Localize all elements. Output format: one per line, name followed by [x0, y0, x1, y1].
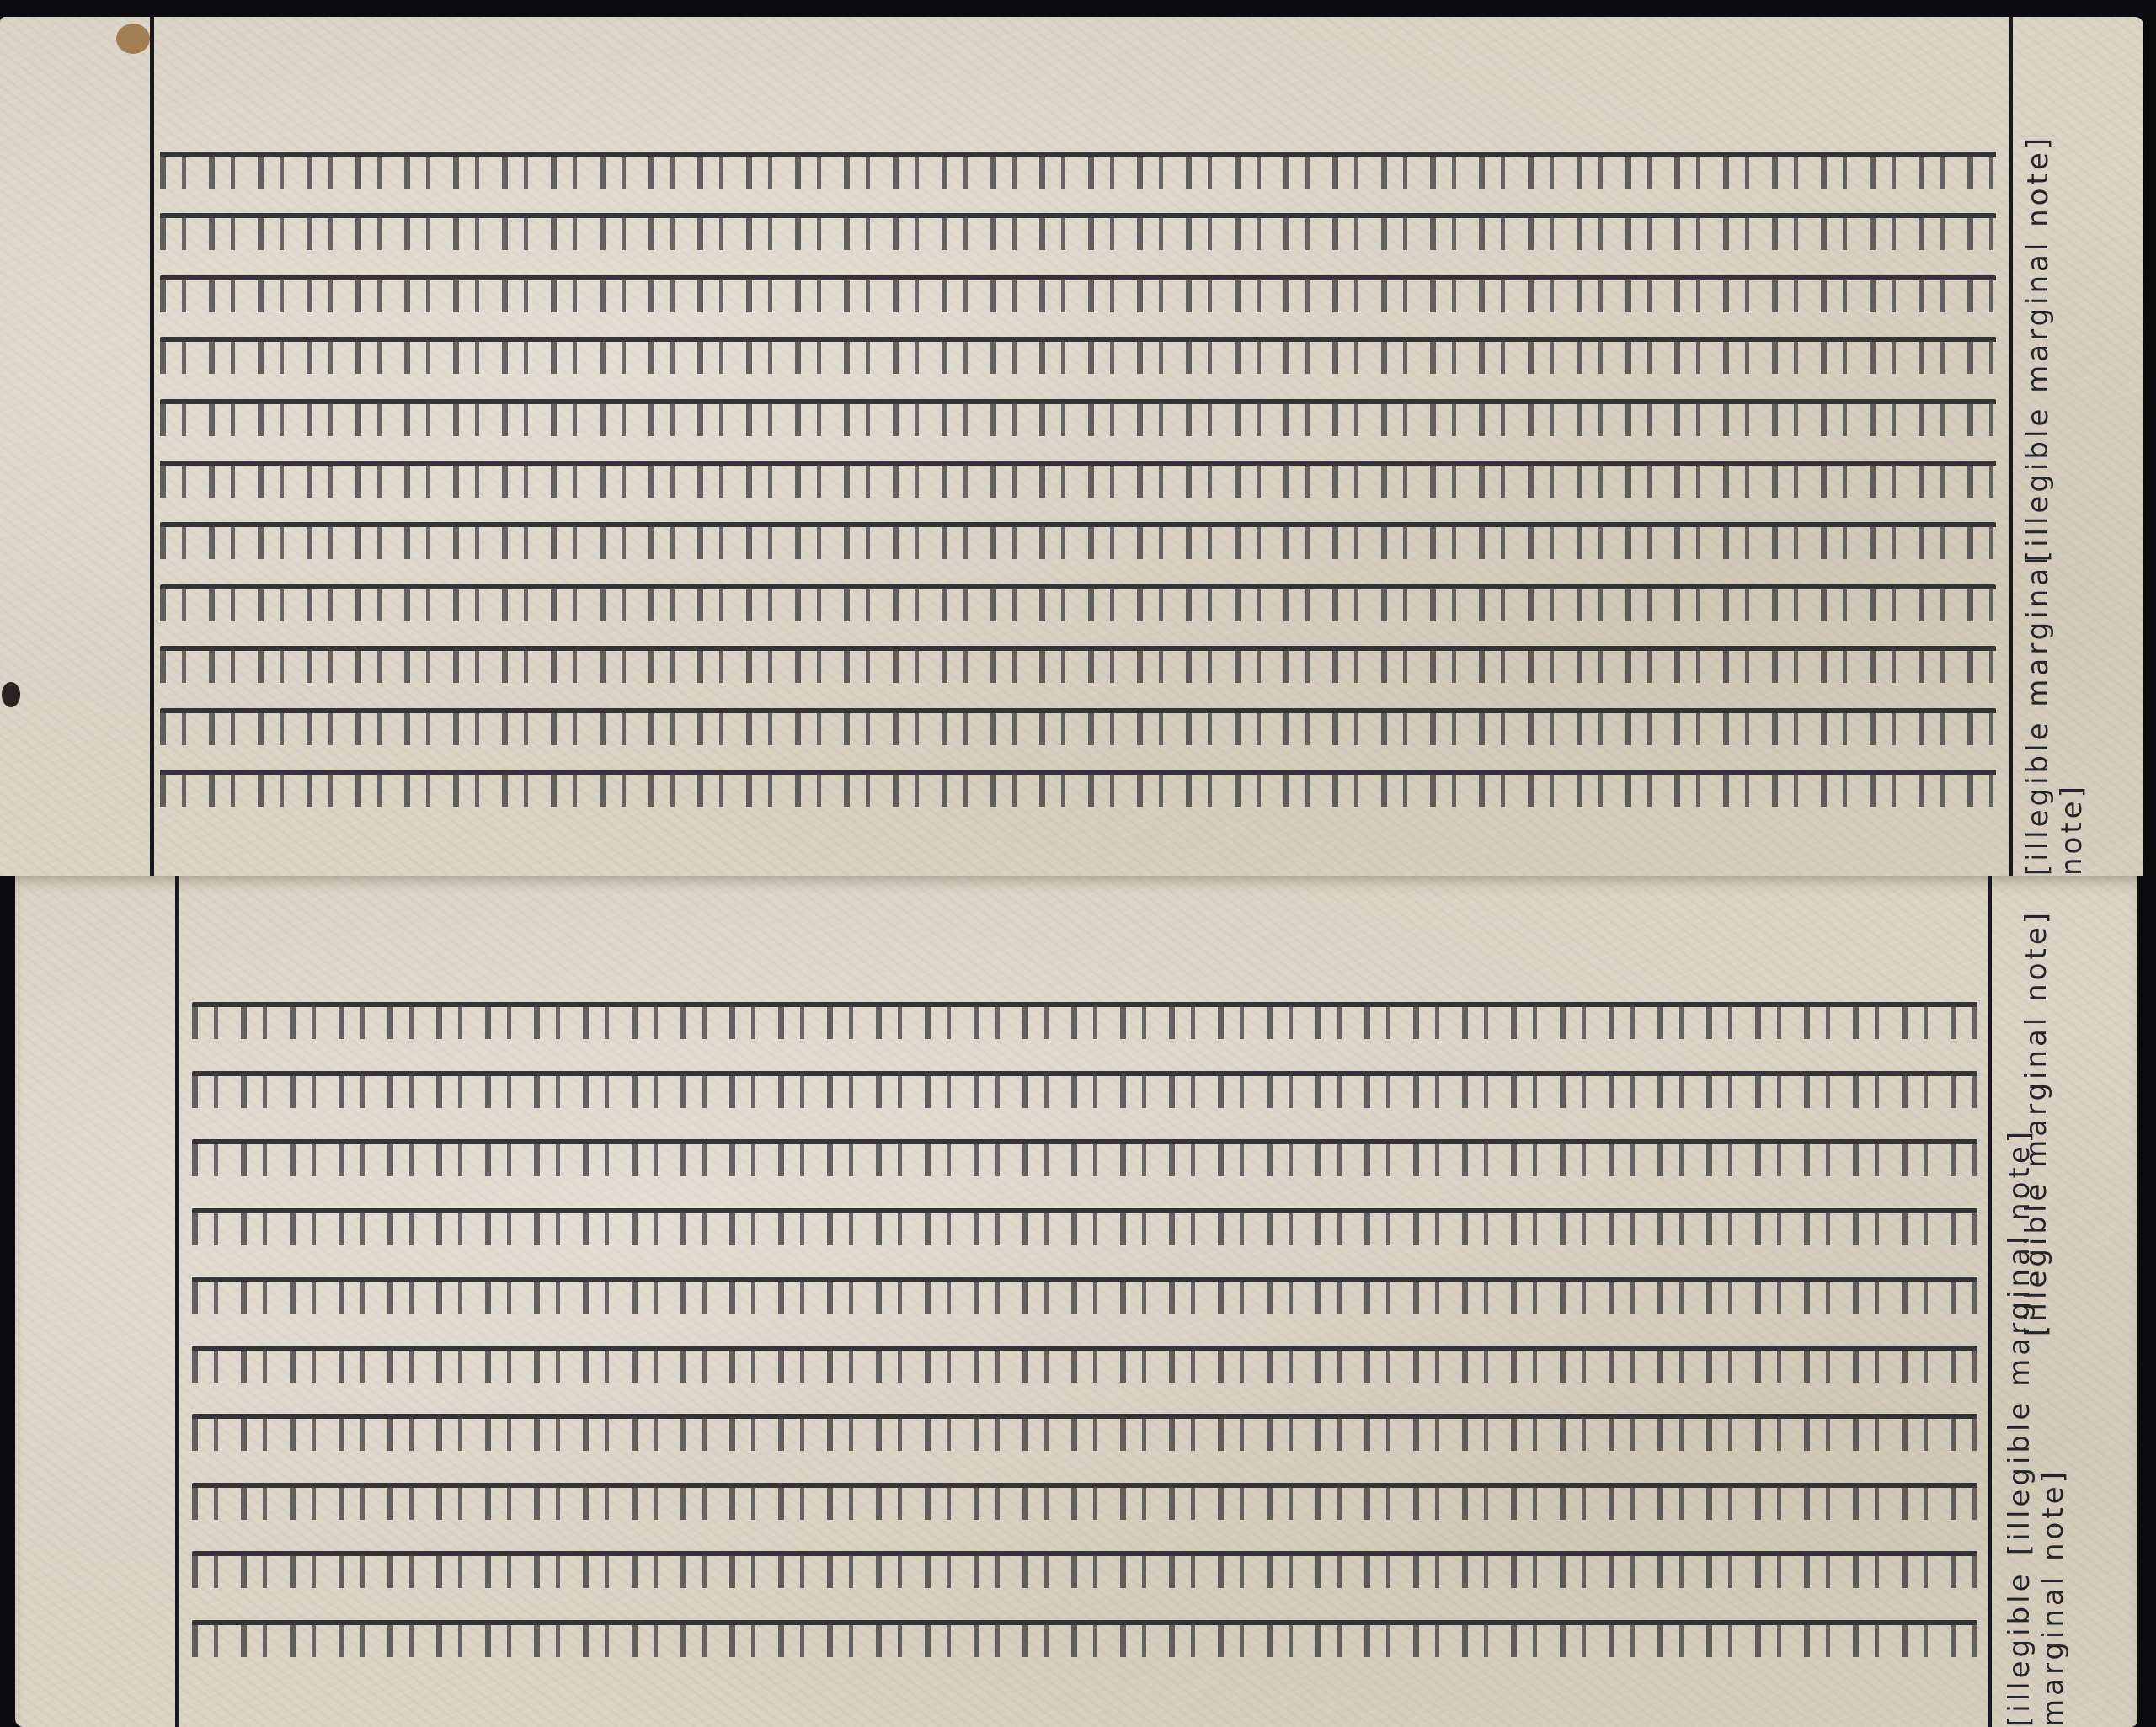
text-line: [192, 1139, 1977, 1178]
margin-note: [illegible marginal note]: [2021, 135, 2055, 562]
text-line: [160, 646, 1996, 685]
margin-note: [illegible marginal note]: [2021, 522, 2089, 876]
right-margin-rule: [2009, 17, 2013, 876]
text-line: [192, 1483, 1977, 1522]
text-line: [160, 337, 1996, 376]
manuscript-panel-top: [illegible marginal note] [illegible mar…: [0, 17, 2143, 876]
stain: [116, 24, 150, 54]
text-line: [160, 461, 1996, 499]
text-line: [160, 152, 1996, 190]
right-margin-rule: [1988, 876, 1992, 1727]
text-line: [160, 399, 1996, 438]
text-block-top: [160, 152, 1996, 808]
text-line: [192, 1002, 1977, 1041]
text-line: [160, 275, 1996, 314]
text-block-bottom: [192, 1002, 1977, 1659]
text-line: [192, 1277, 1977, 1315]
text-line: [192, 1346, 1977, 1384]
left-margin-rule: [175, 876, 179, 1727]
text-line: [192, 1620, 1977, 1659]
margin-note: [illegible marginal note]: [2003, 1415, 2070, 1727]
text-line: [160, 213, 1996, 252]
text-line: [160, 770, 1996, 808]
text-line: [192, 1551, 1977, 1590]
text-line: [192, 1414, 1977, 1452]
manuscript-panel-bottom: [illegible marginal note] [illegible mar…: [15, 876, 2137, 1727]
text-line: [160, 584, 1996, 623]
left-margin-rule: [150, 17, 154, 876]
edge-damage: [2, 682, 20, 707]
text-line: [160, 522, 1996, 561]
text-line: [192, 1071, 1977, 1110]
text-line: [160, 708, 1996, 747]
text-line: [192, 1208, 1977, 1247]
